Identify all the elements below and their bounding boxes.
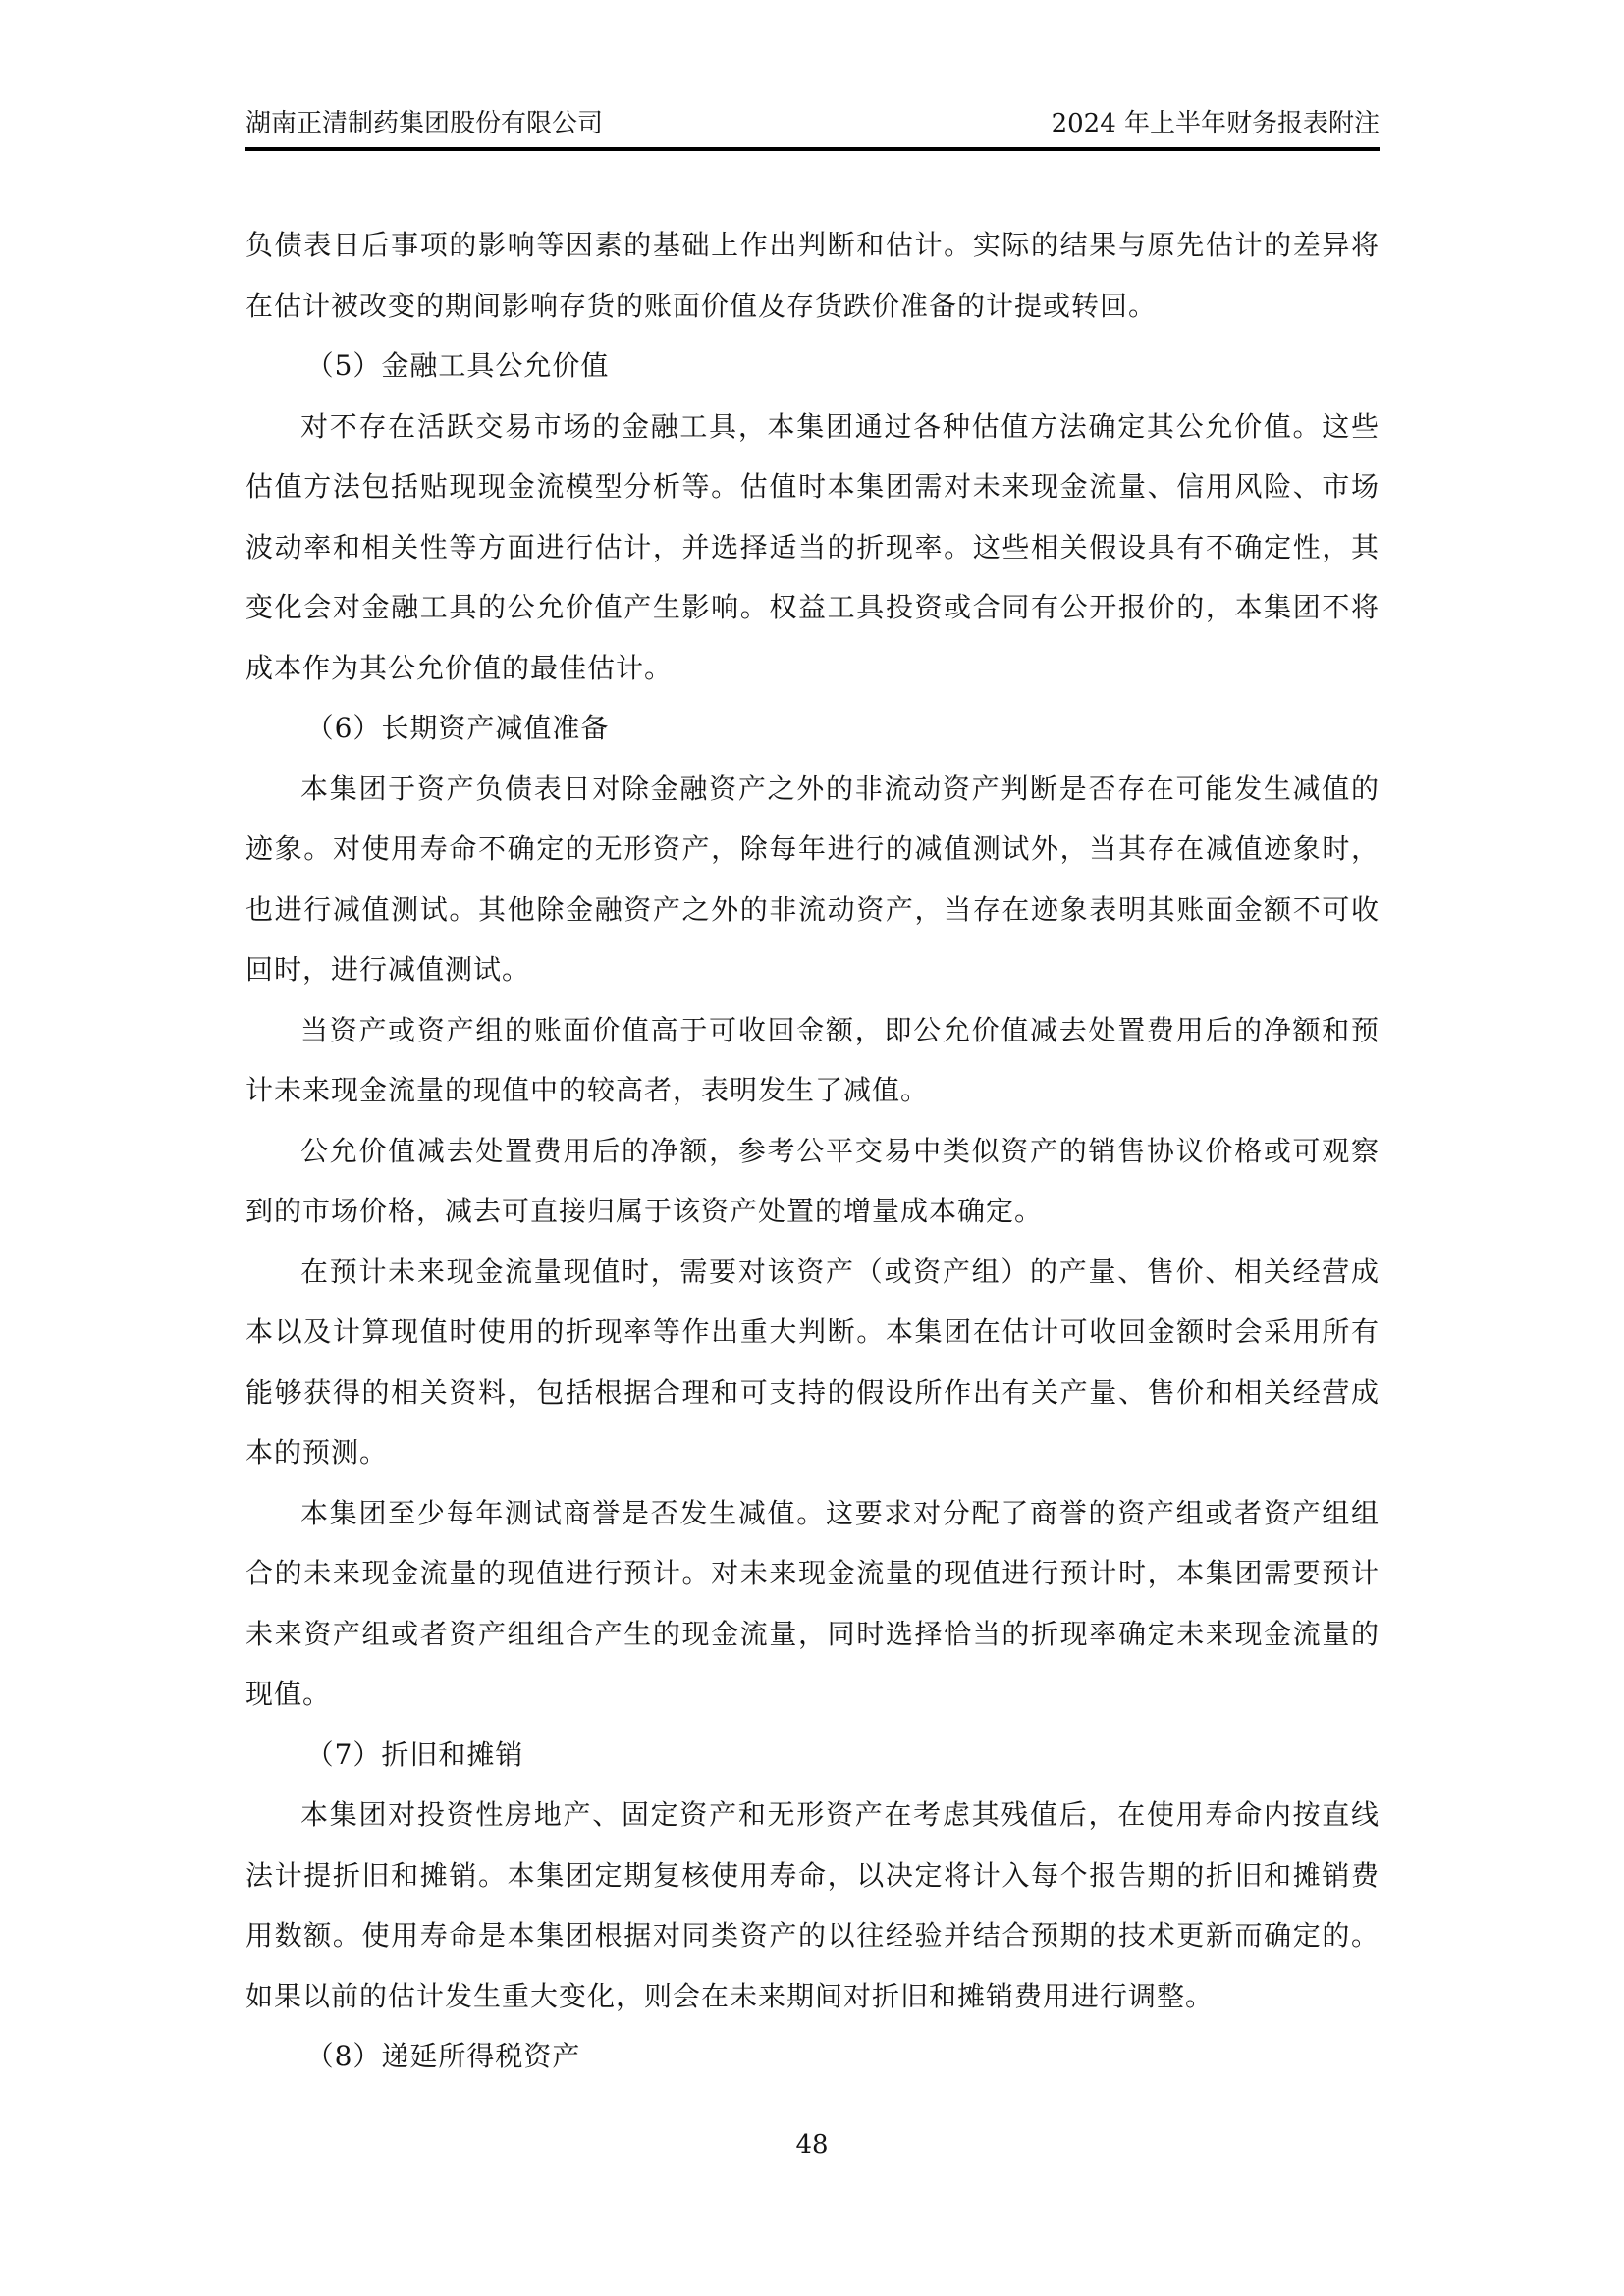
document-body: 负债表日后事项的影响等因素的基础上作出判断和估计。实际的结果与原先估计的差异将在… [245, 215, 1380, 2087]
paragraph: 在预计未来现金流量现值时，需要对该资产（或资产组）的产量、售价、相关经营成本以及… [245, 1242, 1380, 1483]
paragraph: 公允价值减去处置费用后的净额，参考公平交易中类似资产的销售协议价格或可观察到的市… [245, 1121, 1380, 1242]
header-doc-title: 2024 年上半年财务报表附注 [1052, 104, 1380, 143]
paragraph: 本集团对投资性房地产、固定资产和无形资产在考虑其残值后，在使用寿命内按直线法计提… [245, 1785, 1380, 2026]
header-company-name: 湖南正清制药集团股份有限公司 [245, 104, 603, 143]
paragraph: （7）折旧和摊销 [245, 1725, 1380, 1786]
page-footer: 48 [0, 2128, 1624, 2162]
page-header: 湖南正清制药集团股份有限公司 2024 年上半年财务报表附注 [245, 104, 1380, 143]
paragraph: 负债表日后事项的影响等因素的基础上作出判断和估计。实际的结果与原先估计的差异将在… [245, 215, 1380, 336]
paragraph: 当资产或资产组的账面价值高于可收回金额，即公允价值减去处置费用后的净额和预计未来… [245, 1000, 1380, 1121]
paragraph: （6）长期资产减值准备 [245, 698, 1380, 759]
header-divider [245, 147, 1380, 151]
paragraph: 对不存在活跃交易市场的金融工具，本集团通过各种估值方法确定其公允价值。这些估值方… [245, 397, 1380, 699]
paragraph: （8）递延所得税资产 [245, 2026, 1380, 2087]
paragraph: 本集团于资产负债表日对除金融资产之外的非流动资产判断是否存在可能发生减值的迹象。… [245, 759, 1380, 1000]
paragraph: 本集团至少每年测试商誉是否发生减值。这要求对分配了商誉的资产组或者资产组组合的未… [245, 1483, 1380, 1725]
paragraph: （5）金融工具公允价值 [245, 336, 1380, 397]
document-page: 湖南正清制药集团股份有限公司 2024 年上半年财务报表附注 负债表日后事项的影… [0, 0, 1624, 2296]
page-number: 48 [795, 2130, 828, 2160]
